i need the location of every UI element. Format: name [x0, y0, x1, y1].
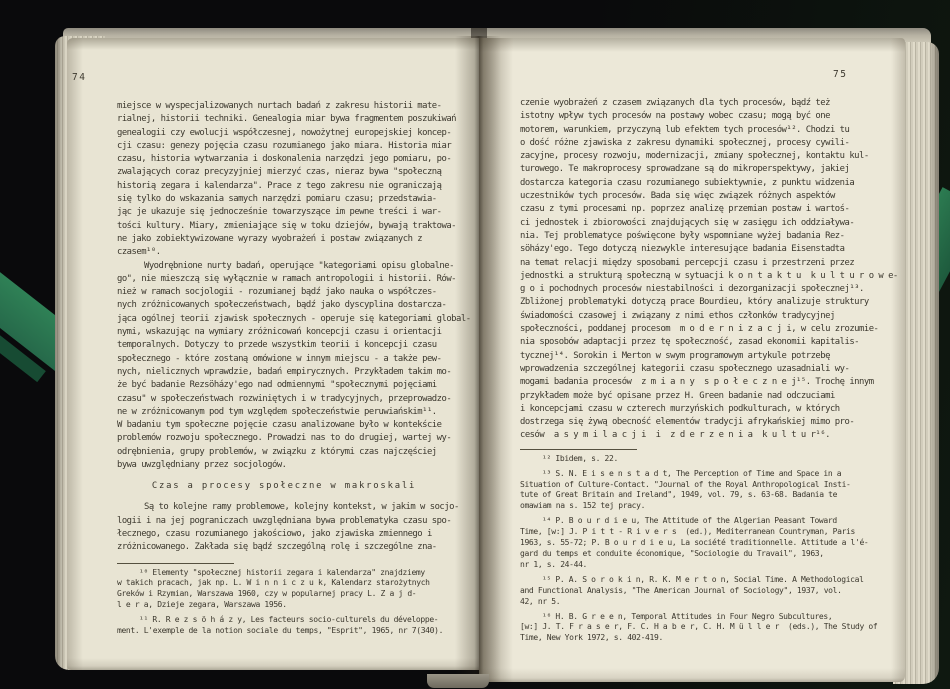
text-line: ne w zróżnicowanym pod tym względem społ…	[117, 406, 451, 419]
page-number-left: 74	[72, 72, 86, 83]
text-line: nia. Tej problematyce poświęcone były ws…	[520, 230, 880, 243]
book-gutter-shadow	[455, 36, 501, 682]
text-line: nych, nielicznych wprawdzie, badań empir…	[117, 366, 451, 379]
text-line: jąc je ukazuje się jednocześnie towarzys…	[117, 206, 451, 219]
open-book-spread: 74 miejsce w wyspecjalizowanych nurtach …	[55, 26, 937, 686]
text-line: Zbliżonej problematyki dotyczą prace Bou…	[520, 296, 880, 309]
footnote-16: ¹⁶ H. B. G r e e n, Temporal Attitudes i…	[520, 612, 880, 645]
text-line: zwalających coraz precyzyjniej mierzyć c…	[117, 166, 451, 179]
page-edges-bottom-tab	[427, 674, 489, 688]
text-line: ¹⁶ H. B. G r e e n, Temporal Attitudes i…	[520, 612, 880, 623]
text-line: Situation of Culture-Contact. "Journal o…	[520, 480, 880, 491]
text-line: społeczności, poddanej procesom m o d e …	[520, 323, 880, 336]
text-line: odrębnienia, grupy problemów, w związku …	[117, 446, 451, 459]
footnote-rule	[117, 563, 234, 564]
paragraph: Wyodrębnione nurty badań, operujące "kat…	[117, 260, 451, 473]
text-line: Time, New York 1972, s. 402-419.	[520, 633, 880, 644]
text-line: tute of Great Britain and Ireland", 1949…	[520, 490, 880, 501]
text-line: ¹⁴ P. B o u r d i e u, The Attitude of t…	[520, 516, 880, 527]
text-line: przykładem może być opisane przez H. Gre…	[520, 390, 880, 403]
text-line: o dość różne zjawiska z zakresu dynamiki…	[520, 137, 880, 150]
text-line: Wyodrębnione nurty badań, operujące "kat…	[117, 260, 451, 273]
text-line: söházy'ego. Tego dotyczą niezwykle inter…	[520, 243, 880, 256]
text-line: że być badanie Rezsöházy'ego nad odmienn…	[117, 379, 451, 392]
text-line: bywa uwzględniany przez socjologów.	[117, 459, 451, 472]
text-line: ¹⁰ Elementy "społecznej historii zegara …	[117, 568, 451, 579]
text-line: uczestników tych procesów. Bada się więc…	[520, 190, 880, 203]
text-line: gard du temps et conduite économique, "S…	[520, 549, 880, 560]
text-line: nymi, wskazując na wymiary zróżnicowań k…	[117, 326, 451, 339]
text-line: miejsce w wyspecjalizowanych nurtach bad…	[117, 100, 451, 113]
text-line: nych zróżnicowanych społeczeństwach, bąd…	[117, 299, 451, 312]
text-line: cji czasu: genezy pojęcia czasu rozumian…	[117, 140, 451, 153]
footnote-10: ¹⁰ Elementy "społecznej historii zegara …	[117, 568, 451, 612]
text-line: się tylko do wskazania samych narzędzi p…	[117, 193, 451, 206]
text-line: [w:] J. T. F r a s e r, F. C. H a b e r,…	[520, 622, 880, 633]
text-line: genealogii czy ewolucji współczesnej, no…	[117, 127, 451, 140]
footnote-15: ¹⁵ P. A. S o r o k i n, R. K. M e r t o …	[520, 575, 880, 608]
text-line: dostarcza kategoria czasu rozumianego su…	[520, 177, 880, 190]
text-line: jąca ogólnej teorii zjawisk społecznych …	[117, 313, 451, 326]
text-line: Time, [w:] J. P i t t - R i v e r s (ed.…	[520, 527, 880, 538]
text-line: temporalnych. Dotyczy to przede wszystki…	[117, 339, 451, 352]
text-line: czasu, historia wytwarzania i doskonalen…	[117, 153, 451, 166]
text-line: omawiam na s. 152 tej pracy.	[520, 501, 880, 512]
text-line: świadomości czasowej i związany z nimi e…	[520, 310, 880, 323]
text-line: and Functional Analysis, "The American J…	[520, 586, 880, 597]
text-line: ¹³ S. N. E i s e n s t a d t, The Percep…	[520, 469, 880, 480]
text-line: czasu" w społeczeństwach rozwiniętych i …	[117, 393, 451, 406]
text-line: czasem¹⁰.	[117, 246, 451, 259]
text-line: Są to kolejne ramy problemowe, kolejny k…	[117, 501, 451, 514]
text-line: l e r a, Dzieje zegara, Warszawa 1956.	[117, 600, 451, 611]
text-line: Greków i Rzymian, Warszawa 1960, czy w p…	[117, 589, 451, 600]
text-line: ¹⁵ P. A. S o r o k i n, R. K. M e r t o …	[520, 575, 880, 586]
text-line: ci jednostek i zbiorowości znajdujących …	[520, 217, 880, 230]
text-line: ne jako zobiektywizowane wyrazy wyobraże…	[117, 233, 451, 246]
text-line: nież w ramach socjologii - rozumianej bą…	[117, 286, 451, 299]
paragraph: Są to kolejne ramy problemowe, kolejny k…	[117, 501, 451, 554]
text-line: na temat relacji między sposobami percep…	[520, 257, 880, 270]
text-line: zróżnicowanego. Zakłada się bądź szczegó…	[117, 541, 451, 554]
paragraph-continuation: miejsce w wyspecjalizowanych nurtach bad…	[117, 100, 451, 260]
text-line: społecznego - które zostaną omówione w i…	[117, 353, 451, 366]
section-heading: Czas a procesy społeczne w makroskali	[117, 481, 451, 491]
text-line: ¹¹ R. R e z s ö h á z y, Les facteurs so…	[117, 615, 451, 626]
text-line: czasu z tymi procesami np. poprzez anali…	[520, 203, 880, 216]
text-line: tycznej¹⁴. Sorokin i Merton w swym progr…	[520, 350, 880, 363]
text-line: nia sposobów adaptacji przez tę społeczn…	[520, 336, 880, 349]
text-line: 1963, s. 55-72; P. B o u r d i e u, La s…	[520, 538, 880, 549]
text-line: g o i pochodnych procesów niestabilności…	[520, 283, 880, 296]
page-number-right: 75	[833, 69, 847, 80]
footnote-14: ¹⁴ P. B o u r d i e u, The Attitude of t…	[520, 516, 880, 571]
left-page-text: miejsce w wyspecjalizowanych nurtach bad…	[117, 100, 451, 637]
text-line: ¹² Ibidem, s. 22.	[520, 454, 880, 465]
text-line: nr 1, s. 24-44.	[520, 560, 880, 571]
text-line: w takich pracach, jak np. L. W i n n i c…	[117, 578, 451, 589]
text-line: rialnej, historii techniki. Genealogia m…	[117, 113, 451, 126]
text-line: tości kultury. Miary, zmieniające się w …	[117, 220, 451, 233]
text-line: historią zegara i kalendarza". Prace z t…	[117, 180, 451, 193]
text-line: ment. L'exemple de la notion sociale du …	[117, 626, 451, 637]
right-page-text: czenie wyobrażeń z czasem związanych dla…	[520, 97, 880, 644]
text-line: wprowadzenia szczególnej kategorii czasu…	[520, 363, 880, 376]
text-line: i koncepcjami czasu w czterech murzyński…	[520, 403, 880, 416]
footnote-13: ¹³ S. N. E i s e n s t a d t, The Percep…	[520, 469, 880, 513]
footnote-12: ¹² Ibidem, s. 22.	[520, 454, 880, 465]
footnote-rule	[520, 449, 637, 450]
footnote-11: ¹¹ R. R e z s ö h á z y, Les facteurs so…	[117, 615, 451, 637]
scanned-book-photo: 74 miejsce w wyspecjalizowanych nurtach …	[0, 0, 950, 689]
text-line: problemów rozwoju społecznego. Prowadzi …	[117, 432, 451, 445]
text-line: 42, nr 5.	[520, 597, 880, 608]
text-line: jednostki a strukturą społeczną w sytuac…	[520, 270, 880, 283]
text-line: go", nie mieszczą się wyłącznie w ramach…	[117, 273, 451, 286]
text-line: W badaniu tym społeczne pojęcie czasu an…	[117, 419, 451, 432]
text-line: logii i na jej pograniczach uwzględniana…	[117, 515, 451, 528]
text-line: łecznego, czasu rozumianego jakościowo, …	[117, 528, 451, 541]
text-line: dostrzega się żywą obecność elementów tr…	[520, 416, 880, 429]
text-line: istotny wpływ tych procesów na postawy w…	[520, 110, 880, 123]
paragraph-continuation: czenie wyobrażeń z czasem związanych dla…	[520, 97, 880, 443]
text-line: czenie wyobrażeń z czasem związanych dla…	[520, 97, 880, 110]
text-line: turowego. Te makroprocesy sprowadzane są…	[520, 163, 880, 176]
text-line: cesów a s y m i l a c j i i z d e r z e …	[520, 429, 880, 442]
text-line: mogami badania procesów z m i a n y s p …	[520, 376, 880, 389]
text-line: motorem, warunkiem, przyczyną lub efekte…	[520, 124, 880, 137]
text-line: zacyjne, procesy rozwoju, modernizacji, …	[520, 150, 880, 163]
